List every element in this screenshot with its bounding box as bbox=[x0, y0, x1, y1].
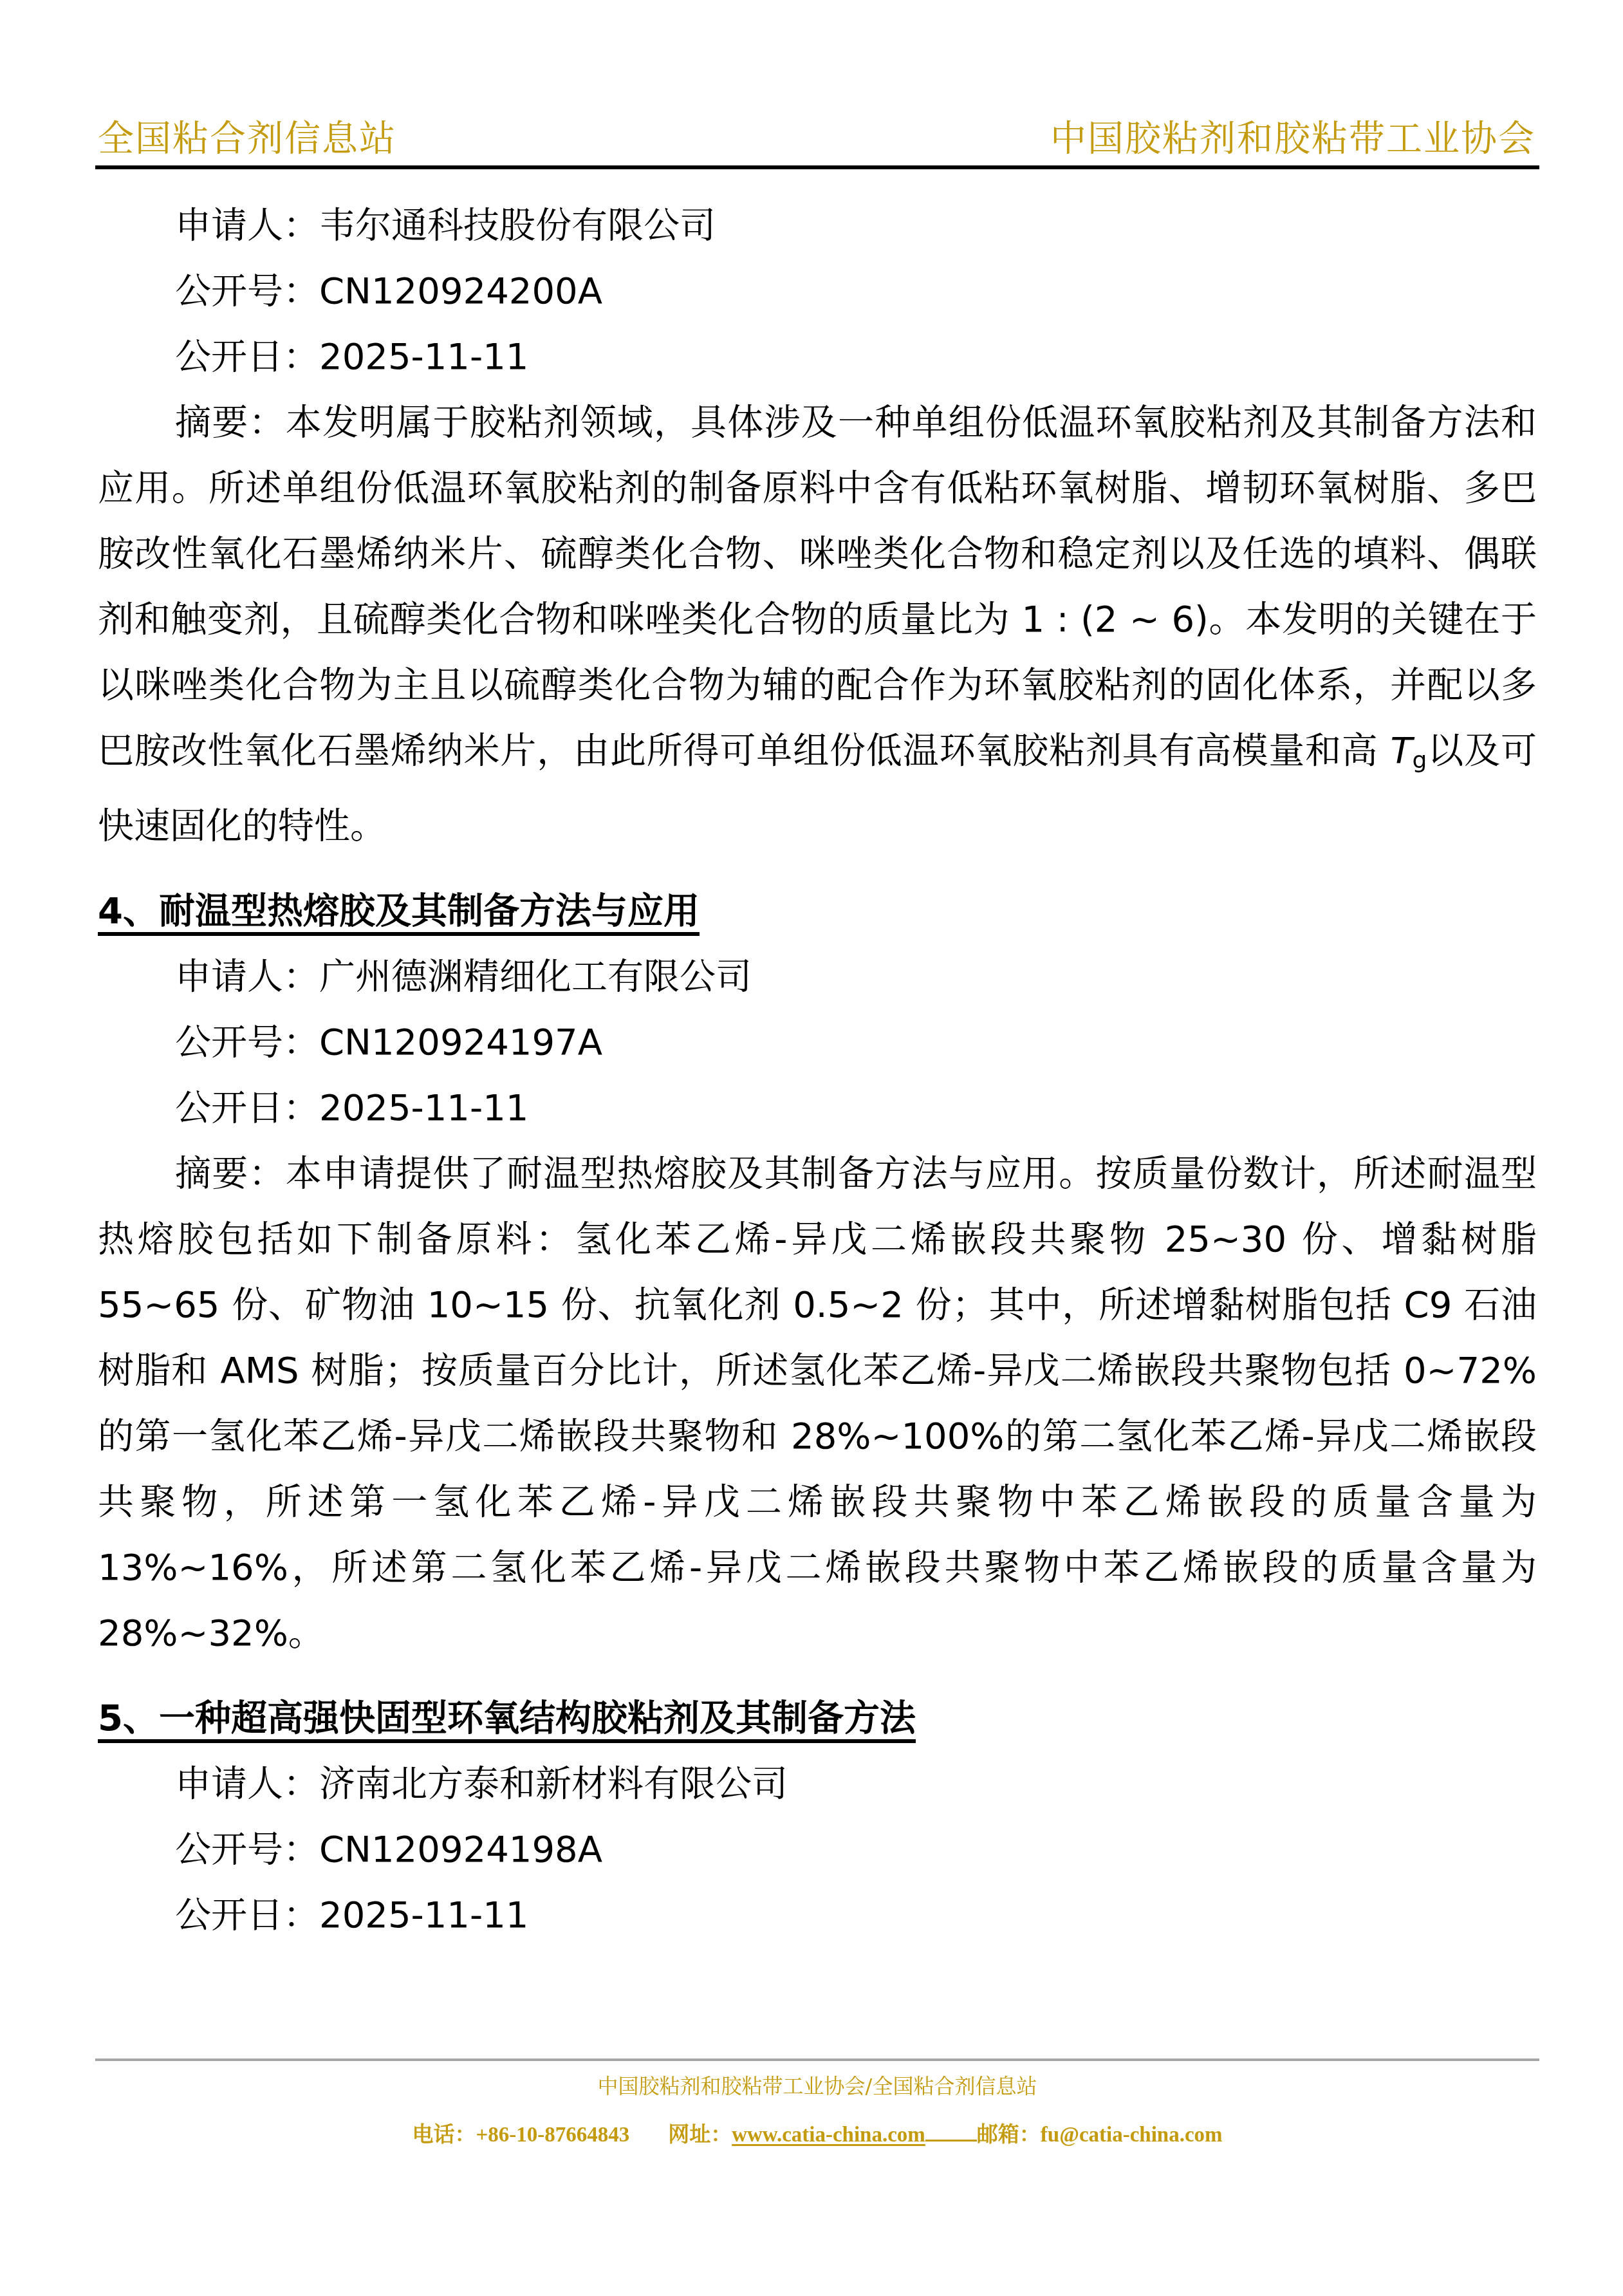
publication-number-line: 公开号：CN120924200A bbox=[98, 259, 1537, 324]
publication-date-label: 公开日： bbox=[175, 1087, 319, 1129]
publication-date-line: 公开日：2025-11-11 bbox=[98, 1076, 1537, 1141]
patent-entry: 4、耐温型热熔胶及其制备方法与应用 申请人：广州德渊精细化工有限公司 公开号：C… bbox=[98, 879, 1537, 1666]
link-underline bbox=[925, 2120, 977, 2142]
phone-value: +86-10-87664843 bbox=[476, 2123, 629, 2147]
header-association-name: 中国胶粘剂和胶粘带工业协会 bbox=[1050, 116, 1535, 162]
publication-number-line: 公开号：CN120924197A bbox=[98, 1010, 1537, 1076]
patent-entry: 5、一种超高强快固型环氧结构胶粘剂及其制备方法 申请人：济南北方泰和新材料有限公… bbox=[98, 1686, 1537, 1948]
applicant-line: 申请人：广州德渊精细化工有限公司 bbox=[98, 944, 1537, 1010]
patent-title: 5、一种超高强快固型环氧结构胶粘剂及其制备方法 bbox=[98, 1686, 1537, 1751]
applicant-value: 韦尔通科技股份有限公司 bbox=[319, 205, 716, 247]
footer-contact-line: 电话：+86-10-87664843网址：www.catia-china.com… bbox=[95, 2120, 1539, 2150]
applicant-label: 申请人： bbox=[175, 205, 319, 247]
publication-number-label: 公开号： bbox=[175, 270, 319, 312]
header-site-name: 全国粘合剂信息站 bbox=[98, 116, 396, 162]
applicant-value: 济南北方泰和新材料有限公司 bbox=[319, 1763, 788, 1805]
applicant-line: 申请人：济南北方泰和新材料有限公司 bbox=[98, 1751, 1537, 1817]
publication-date-label: 公开日： bbox=[175, 336, 319, 378]
abstract-text: 本申请提供了耐温型热熔胶及其制备方法与应用。按质量份数计，所述耐温型热熔胶包括如… bbox=[98, 1153, 1537, 1654]
header-divider bbox=[95, 165, 1539, 169]
publication-date-line: 公开日：2025-11-11 bbox=[98, 324, 1537, 390]
patent-list: 申请人：韦尔通科技股份有限公司 公开号：CN120924200A 公开日：202… bbox=[98, 193, 1537, 1948]
email-link[interactable]: fu@catia-china.com bbox=[1041, 2123, 1223, 2147]
footer-divider bbox=[95, 2058, 1539, 2061]
website-label: 网址： bbox=[668, 2123, 732, 2147]
abstract-text: 本发明属于胶粘剂领域，具体涉及一种单组份低温环氧胶粘剂及其制备方法和应用。所述单… bbox=[98, 402, 1537, 772]
patent-entry: 申请人：韦尔通科技股份有限公司 公开号：CN120924200A 公开日：202… bbox=[98, 193, 1537, 859]
publication-date-line: 公开日：2025-11-11 bbox=[98, 1883, 1537, 1948]
publication-date-value: 2025-11-11 bbox=[319, 1894, 528, 1936]
publication-number-label: 公开号： bbox=[175, 1022, 319, 1063]
publication-number-value: CN120924200A bbox=[319, 270, 602, 312]
publication-date-value: 2025-11-11 bbox=[319, 336, 528, 378]
applicant-label: 申请人： bbox=[175, 956, 319, 998]
publication-number-line: 公开号：CN120924198A bbox=[98, 1817, 1537, 1883]
email-label: 邮箱： bbox=[977, 2123, 1041, 2147]
page-header: 全国粘合剂信息站 中国胶粘剂和胶粘带工业协会 bbox=[95, 116, 1539, 167]
page-footer: 中国胶粘剂和胶粘带工业协会/全国粘合剂信息站 电话：+86-10-8766484… bbox=[95, 2058, 1539, 2150]
publication-date-label: 公开日： bbox=[175, 1894, 319, 1936]
tg-symbol: Tg bbox=[1390, 730, 1427, 772]
publication-number-value: CN120924198A bbox=[319, 1829, 602, 1871]
abstract-label: 摘要： bbox=[175, 402, 286, 443]
applicant-label: 申请人： bbox=[175, 1763, 319, 1805]
applicant-line: 申请人：韦尔通科技股份有限公司 bbox=[98, 193, 1537, 259]
publication-date-value: 2025-11-11 bbox=[319, 1087, 528, 1129]
website-link[interactable]: www.catia-china.com bbox=[732, 2123, 925, 2147]
footer-org-line: 中国胶粘剂和胶粘带工业协会/全国粘合剂信息站 bbox=[95, 2071, 1539, 2101]
phone-label: 电话： bbox=[412, 2123, 476, 2147]
publication-number-value: CN120924197A bbox=[319, 1022, 602, 1063]
abstract-label: 摘要： bbox=[175, 1153, 286, 1195]
abstract: 摘要：本申请提供了耐温型热熔胶及其制备方法与应用。按质量份数计，所述耐温型热熔胶… bbox=[98, 1141, 1537, 1666]
abstract: 摘要：本发明属于胶粘剂领域，具体涉及一种单组份低温环氧胶粘剂及其制备方法和应用。… bbox=[98, 390, 1537, 859]
publication-number-label: 公开号： bbox=[175, 1829, 319, 1871]
patent-title: 4、耐温型热熔胶及其制备方法与应用 bbox=[98, 879, 1537, 944]
applicant-value: 广州德渊精细化工有限公司 bbox=[319, 956, 752, 998]
